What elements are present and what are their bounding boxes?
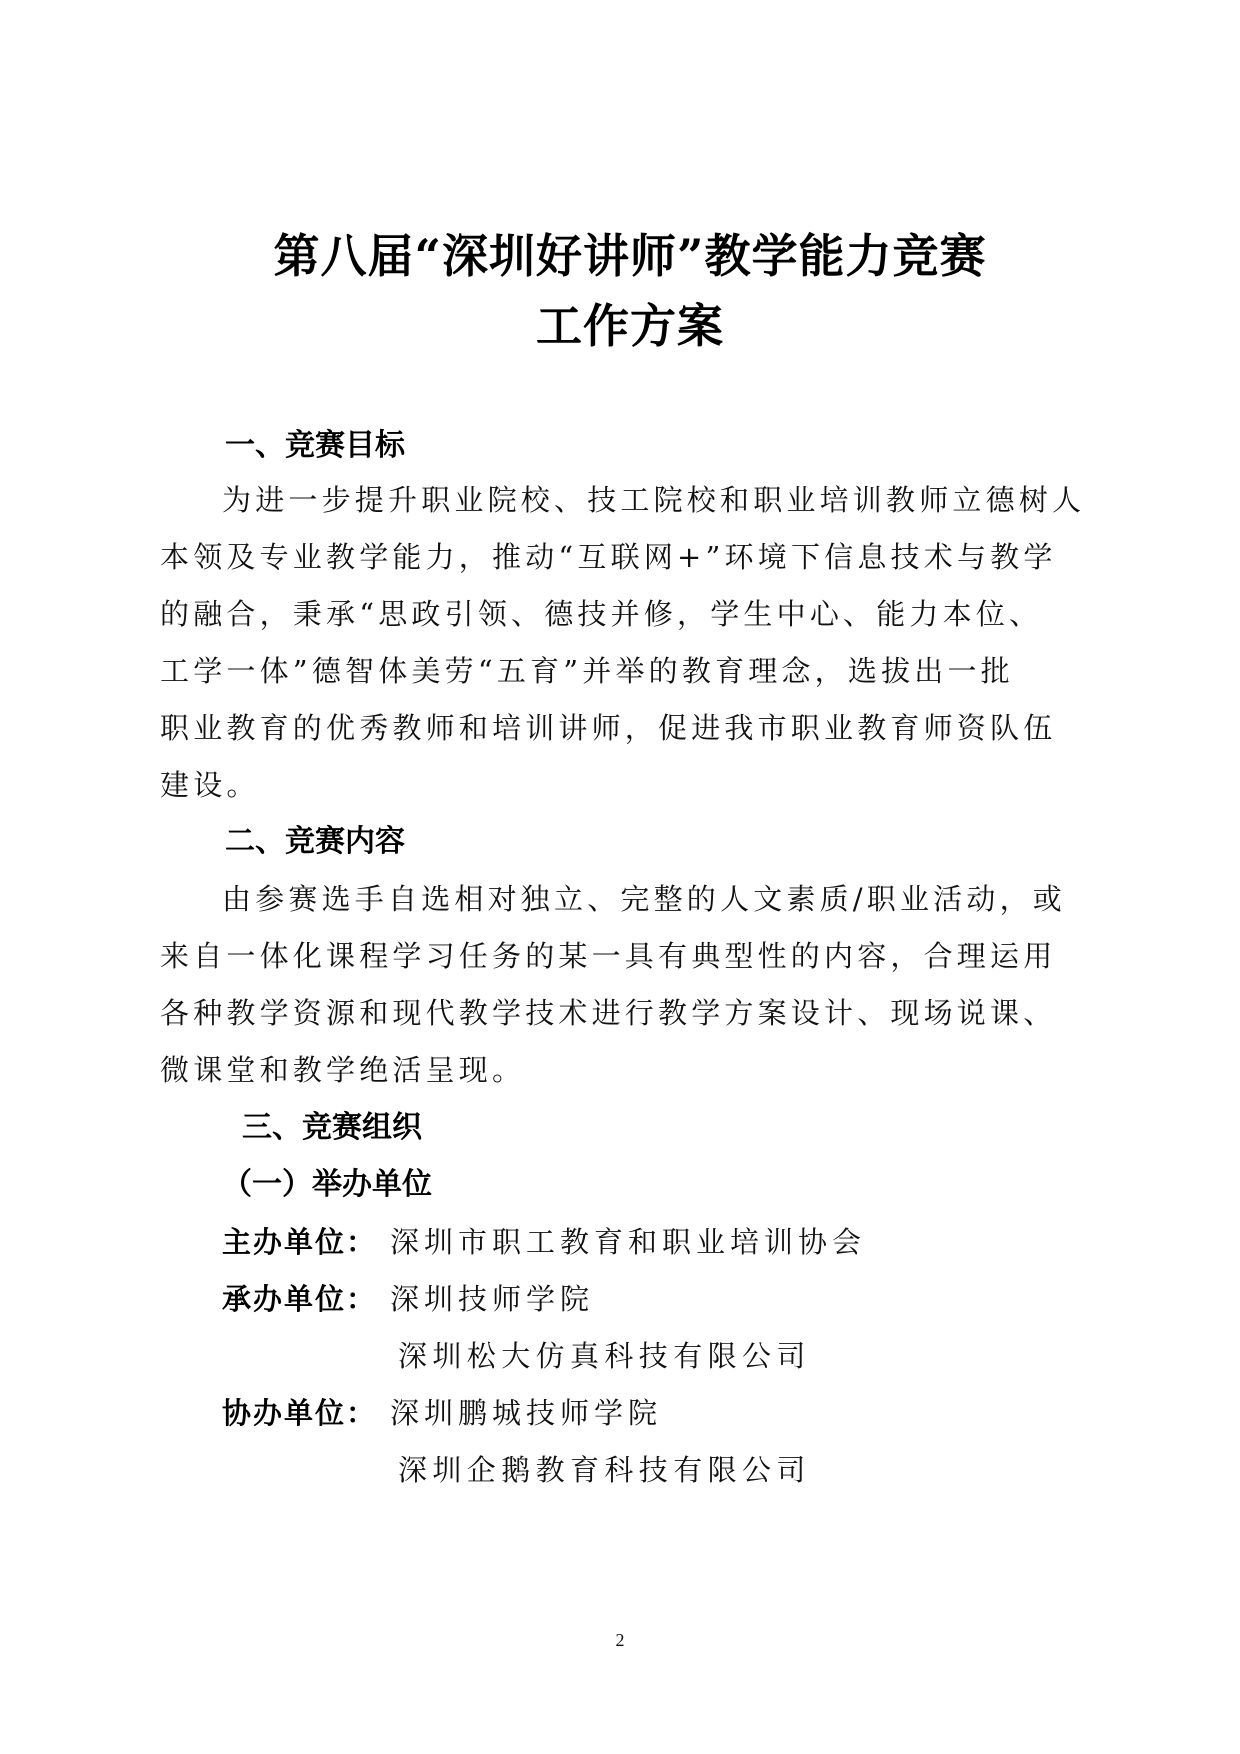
paragraph-line: 由参赛选手自选相对独立、完整的人文素质/职业活动，或 — [222, 879, 1142, 919]
organizer-value: 深圳市职工教育和职业培训协会 — [390, 1225, 866, 1259]
organizer-row-cohost: 协办单位：深圳鹏城技师学院 — [222, 1393, 662, 1433]
organizer-value: 深圳松大仿真科技有限公司 — [398, 1336, 811, 1376]
organizer-label: 主办单位： — [222, 1222, 390, 1262]
paragraph-line: 本领及专业教学能力，推动“互联网+”环境下信息技术与教学 — [160, 537, 1080, 577]
organizer-row-host: 主办单位：深圳市职工教育和职业培训协会 — [222, 1222, 866, 1262]
subsection-heading-organizers: （一）举办单位 — [222, 1165, 432, 1205]
organizer-value: 深圳企鹅教育科技有限公司 — [398, 1450, 811, 1490]
paragraph-line: 的融合，秉承“思政引领、德技并修，学生中心、能力本位、 — [160, 594, 1080, 634]
paragraph-line: 来自一体化课程学习任务的某一具有典型性的内容，合理运用 — [160, 936, 1080, 976]
section-heading-content: 二、竞赛内容 — [225, 822, 405, 862]
organizer-label: 承办单位： — [222, 1279, 390, 1319]
document-title-line-1: 第八届“深圳好讲师”教学能力竞赛 — [10, 226, 1240, 286]
page-number: 2 — [0, 1630, 1240, 1651]
paragraph-line: 为进一步提升职业院校、技工院校和职业培训教师立德树人 — [222, 480, 1142, 520]
document-page: 第八届“深圳好讲师”教学能力竞赛 工作方案 一、竞赛目标 为进一步提升职业院校、… — [0, 0, 1240, 1754]
section-heading-goals: 一、竞赛目标 — [225, 426, 405, 466]
organizer-value: 深圳鹏城技师学院 — [390, 1396, 662, 1430]
organizer-row-undertaker: 承办单位：深圳技师学院 — [222, 1279, 594, 1319]
paragraph-line: 微课堂和教学绝活呈现。 — [160, 1050, 1080, 1090]
paragraph-line: 工学一体”德智体美劳“五育”并举的教育理念，选拔出一批 — [160, 651, 1080, 691]
organizer-label: 协办单位： — [222, 1393, 390, 1433]
paragraph-line: 建设。 — [160, 765, 1080, 805]
organizer-value: 深圳技师学院 — [390, 1282, 594, 1316]
paragraph-line: 各种教学资源和现代教学技术进行教学方案设计、现场说课、 — [160, 993, 1080, 1033]
paragraph-line: 职业教育的优秀教师和培训讲师，促进我市职业教育师资队伍 — [160, 708, 1080, 748]
document-title-line-2: 工作方案 — [10, 296, 1240, 356]
section-heading-organization: 三、竞赛组织 — [242, 1108, 422, 1148]
